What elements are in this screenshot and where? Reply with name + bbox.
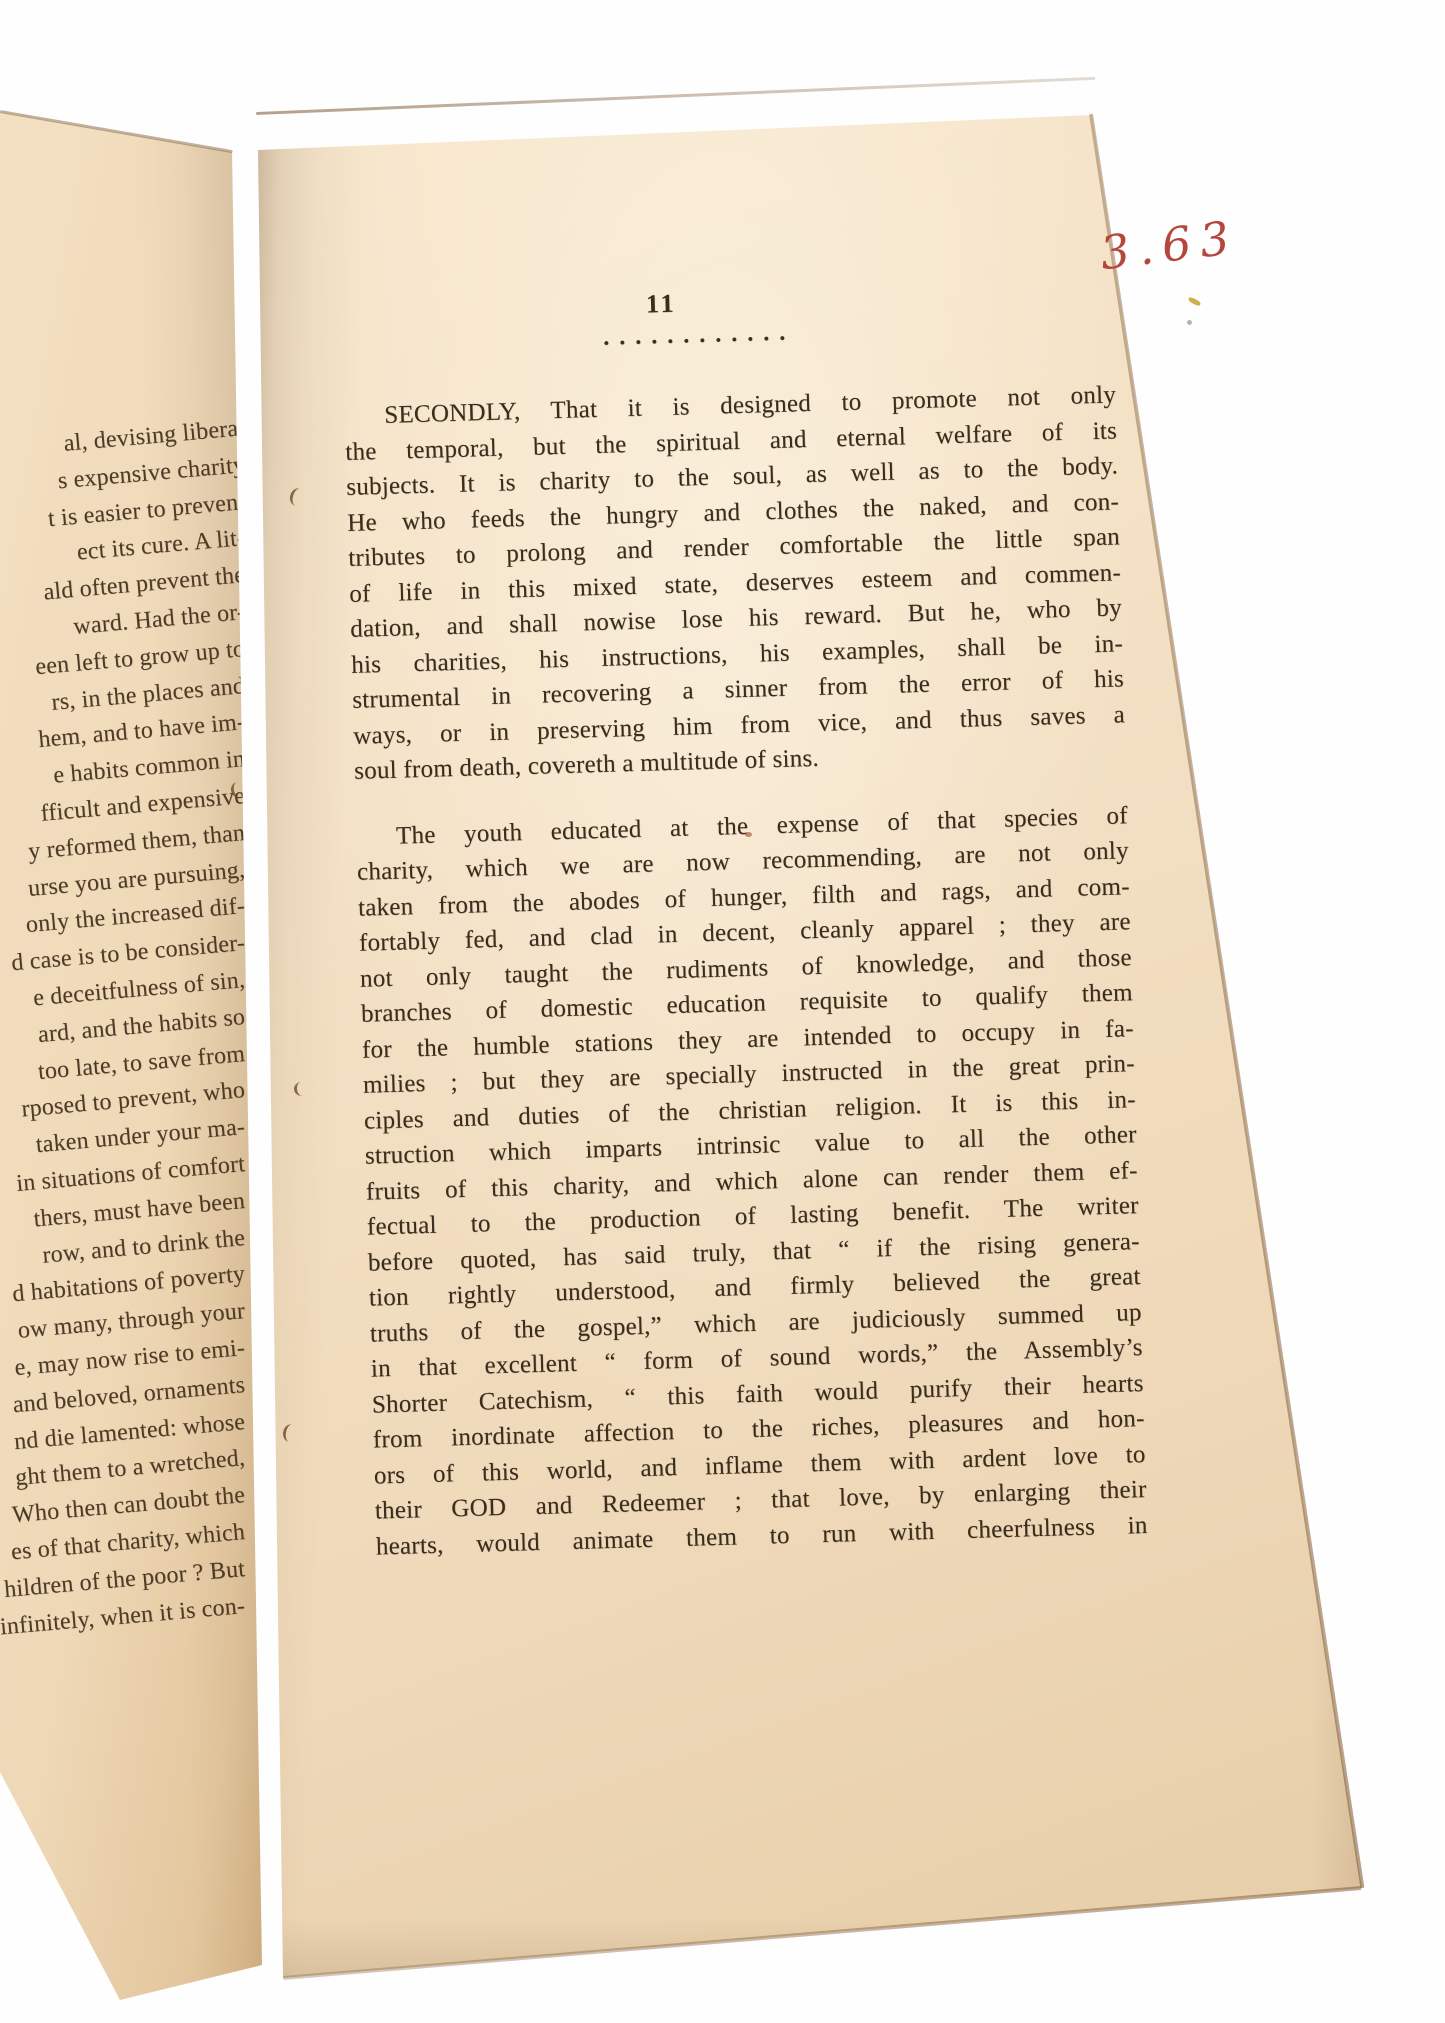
right-page-text-column: 11 ............ SECONDLY, That it is des…	[341, 276, 1148, 1564]
paragraph-youth-educated: The youth educated at the expense of tha…	[356, 798, 1149, 1565]
right-page-top-edge	[256, 77, 1095, 115]
ink-speck	[1188, 296, 1202, 307]
right-page: 11 ............ SECONDLY, That it is des…	[255, 110, 1367, 1988]
left-page-text-column: al, devising liberal s expensive charity…	[0, 410, 245, 1624]
ink-speck	[1187, 320, 1192, 325]
paragraph-secondly: SECONDLY, That it is designed to promote…	[344, 377, 1127, 789]
handwritten-accession-number: 3.63	[1097, 210, 1241, 280]
left-page: al, devising liberal s expensive charity…	[0, 100, 270, 2023]
book-photo: al, devising liberal s expensive charity…	[0, 0, 1445, 2023]
